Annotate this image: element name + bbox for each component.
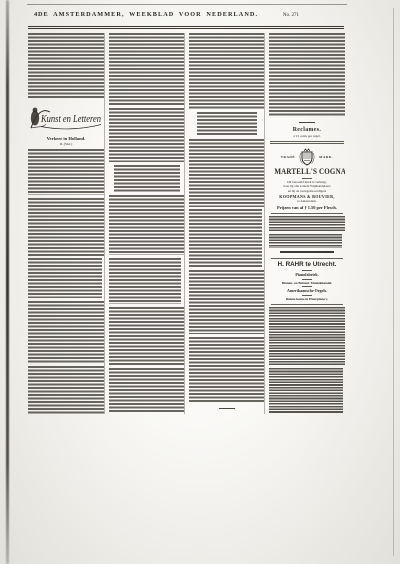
double-rule <box>270 141 344 144</box>
martell-crest-icon <box>299 148 315 166</box>
martell-price: Prijzen van af ƒ 1.50 per Flesch. <box>269 205 345 210</box>
small-print-ad-signature <box>280 251 333 254</box>
text-block <box>269 307 345 365</box>
masthead-title: DE AMSTERDAMMER, WEEKBLAD VOOR NEDERLAND… <box>25 11 271 18</box>
divider-rule <box>302 178 312 179</box>
text-block <box>28 366 104 414</box>
column-2 <box>104 33 184 414</box>
text-block <box>109 307 184 365</box>
section-title: Kunst en Letteren <box>40 114 101 125</box>
rahr-piano-ad: H. RAHR te Utrecht. Pianofabriek. Binnen… <box>269 261 345 301</box>
text-block <box>189 33 264 109</box>
article-title: Verkeer in Holland. <box>28 136 104 141</box>
reclames-header: Reclames. <box>269 127 345 133</box>
divider-rule <box>302 286 312 287</box>
text-block <box>189 209 262 267</box>
rahr-ad-line: Pianofabriek. <box>269 272 345 277</box>
martell-city: te Amsterdam. <box>269 199 345 203</box>
divider-rule <box>302 295 312 296</box>
text-block <box>269 368 343 414</box>
text-block <box>28 301 104 363</box>
divider-rule <box>271 304 343 305</box>
martell-brand-name: MARTELL'S COGNAC <box>274 167 339 176</box>
text-block <box>109 195 184 255</box>
text-block <box>28 258 102 298</box>
page-header: 4 DE AMSTERDAMMER, WEEKBLAD VOOR NEDERLA… <box>28 11 345 18</box>
text-block <box>269 33 345 117</box>
text-block <box>109 368 184 412</box>
rahr-ad-title: H. RAHR te Utrecht. <box>271 261 343 268</box>
text-block <box>109 258 181 304</box>
column-4-ads: Reclames. à 15 cents per regel. TRADE MA… <box>264 33 345 414</box>
reclames-rate: à 15 cents per regel. <box>269 134 345 138</box>
issue-number: No. 271 <box>283 13 299 18</box>
article-end-rule <box>219 408 235 409</box>
rahr-ad-line: Binnen- en Buitenl. Muziekhandel. <box>269 281 345 285</box>
text-block <box>189 139 264 207</box>
text-block <box>28 149 104 195</box>
text-block <box>28 33 104 99</box>
quote-block <box>197 112 257 136</box>
article-end-rule <box>299 122 315 123</box>
scan-edge-line-right <box>393 8 394 556</box>
column-1: Kunst en Letteren Verkeer in Holland. II… <box>28 33 104 414</box>
text-block <box>189 270 264 334</box>
divider-rule <box>271 213 343 214</box>
ad-text-line: en bij de vertegenwoordigers <box>269 189 345 193</box>
trade-label: TRADE <box>281 155 295 159</box>
divider-rule <box>271 258 343 259</box>
divider-rule <box>302 279 312 280</box>
rahr-ad-line: Amerikaansche Orgels. <box>269 288 345 293</box>
article-subtitle: II. (Slot.) <box>28 142 104 146</box>
small-print-ad <box>269 216 345 231</box>
quote-block <box>114 165 180 193</box>
small-print-ad <box>269 234 342 248</box>
rahr-ad-line: Ruime keuze in Huurpiano's. <box>269 297 345 301</box>
scan-edge-artifact-left <box>6 0 9 564</box>
text-block <box>109 108 184 162</box>
text-block <box>189 337 264 403</box>
text-columns: Kunst en Letteren Verkeer in Holland. II… <box>28 33 345 414</box>
scan-edge-line-top <box>27 4 347 5</box>
mark-label: MARK. <box>319 155 333 159</box>
divider-rule <box>302 270 312 271</box>
kunst-en-letteren-ornament: Kunst en Letteren <box>28 103 104 133</box>
text-block <box>109 33 184 105</box>
martell-cognac-ad: TRADE MARK. MARTELL'S COGNAC Dit beroemd… <box>269 147 345 211</box>
text-block <box>28 198 104 256</box>
column-3 <box>184 33 264 414</box>
header-rule <box>28 26 344 29</box>
